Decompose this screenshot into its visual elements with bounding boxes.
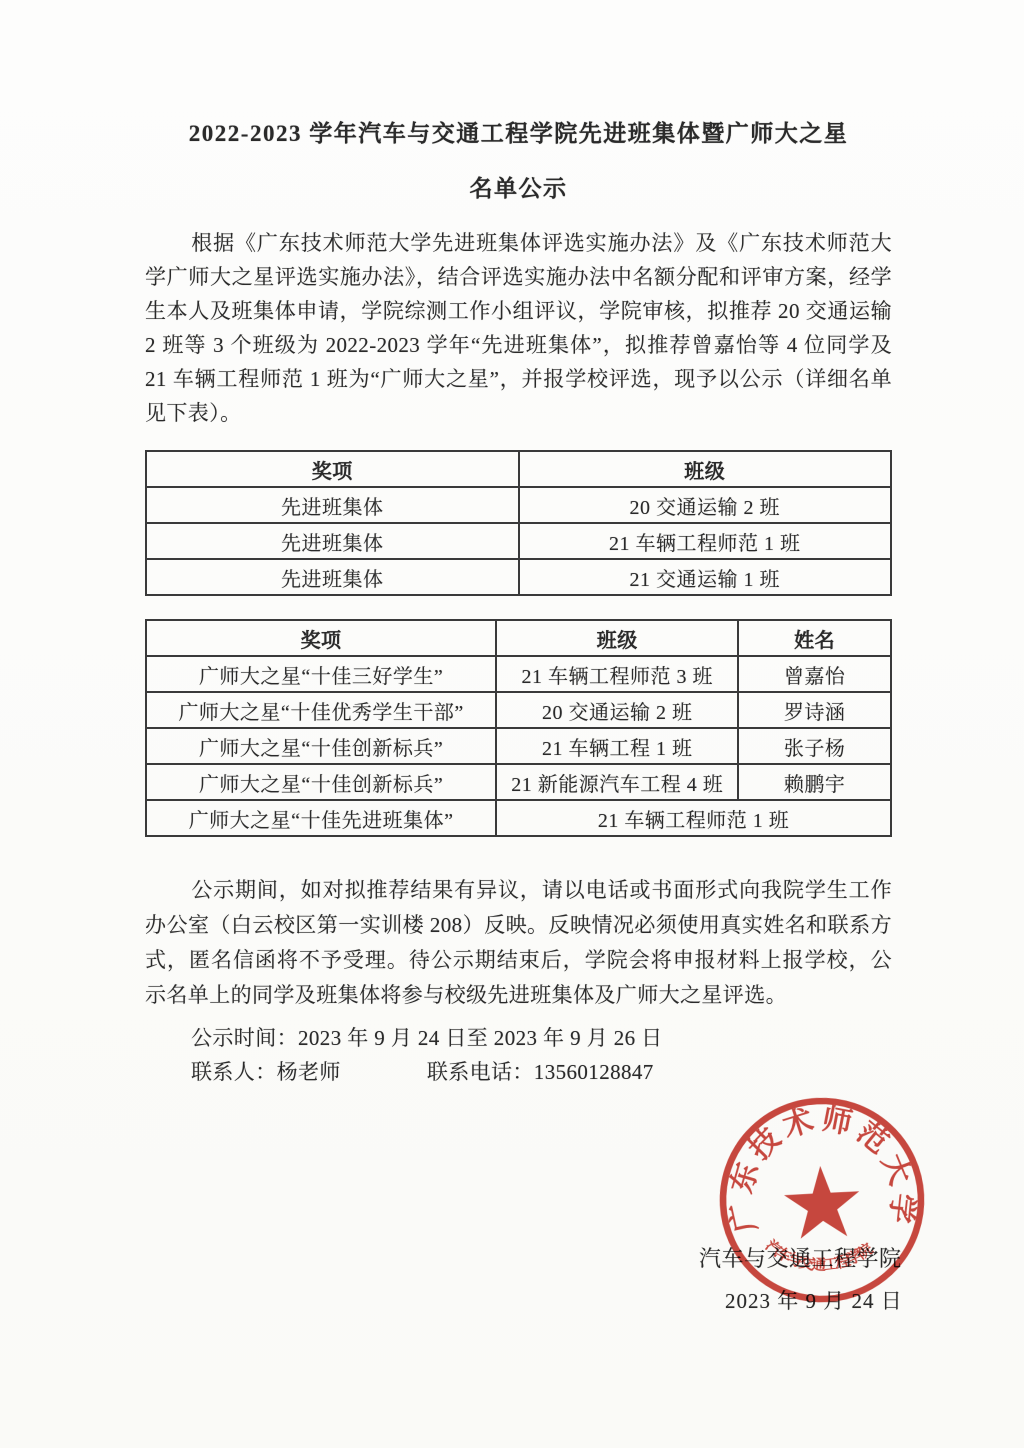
table-cell: 21 新能源汽车工程 4 班 bbox=[496, 764, 738, 800]
table-cell: 20 交通运输 2 班 bbox=[519, 487, 892, 523]
table-cell: 先进班集体 bbox=[146, 523, 519, 559]
table-cell: 罗诗涵 bbox=[738, 692, 891, 728]
table-row: 广师大之星“十佳三好学生”21 车辆工程师范 3 班曾嘉怡 bbox=[146, 656, 891, 692]
table-row: 先进班集体21 车辆工程师范 1 班 bbox=[146, 523, 891, 559]
contact-phone: 联系电话：13560128847 bbox=[427, 1060, 654, 1084]
table-cell: 先进班集体 bbox=[146, 559, 519, 595]
column-header-award: 奖项 bbox=[146, 620, 496, 656]
column-header-name: 姓名 bbox=[738, 620, 891, 656]
seal-star-icon bbox=[783, 1164, 862, 1239]
svg-text:汽车与交通工程学院: 汽车与交通工程学院 bbox=[761, 1231, 877, 1277]
table-cell: 21 车辆工程师范 1 班 bbox=[519, 523, 892, 559]
table-row: 广师大之星“十佳创新标兵”21 车辆工程 1 班张子杨 bbox=[146, 728, 891, 764]
table-cell: 广师大之星“十佳三好学生” bbox=[146, 656, 496, 692]
table-row-merged: 广师大之星“十佳先进班集体”21 车辆工程师范 1 班 bbox=[146, 800, 891, 836]
official-red-seal: 广东技术师范大学 汽车与交通工程学院 bbox=[706, 1084, 937, 1315]
scanned-announcement-page: 2022-2023 学年汽车与交通工程学院先进班集体暨广师大之星 名单公示 根据… bbox=[0, 0, 1024, 1448]
table-cell: 曾嘉怡 bbox=[738, 656, 891, 692]
table-cell: 21 交通运输 1 班 bbox=[519, 559, 892, 595]
document-content: 2022-2023 学年汽车与交通工程学院先进班集体暨广师大之星 名单公示 根据… bbox=[145, 0, 892, 1089]
document-title-line2: 名单公示 bbox=[145, 176, 892, 202]
document-title-line1: 2022-2023 学年汽车与交通工程学院先进班集体暨广师大之星 bbox=[145, 121, 892, 147]
contact-line: 联系人：杨老师联系电话：13560128847 bbox=[145, 1055, 892, 1089]
table-row: 先进班集体20 交通运输 2 班 bbox=[146, 487, 891, 523]
table-cell: 广师大之星“十佳先进班集体” bbox=[146, 800, 496, 836]
star-award-table-body: 广师大之星“十佳三好学生”21 车辆工程师范 3 班曾嘉怡广师大之星“十佳优秀学… bbox=[146, 656, 891, 836]
advanced-class-table: 奖项 班级 先进班集体20 交通运输 2 班先进班集体21 车辆工程师范 1 班… bbox=[145, 450, 892, 596]
column-header-class: 班级 bbox=[519, 451, 892, 487]
table-cell: 广师大之星“十佳优秀学生干部” bbox=[146, 692, 496, 728]
contact-person: 联系人：杨老师 bbox=[191, 1060, 341, 1084]
notice-period-line: 公示时间：2023 年 9 月 24 日至 2023 年 9 月 26 日 bbox=[145, 1021, 892, 1055]
table-header-row: 奖项 班级 bbox=[146, 451, 891, 487]
column-header-award: 奖项 bbox=[146, 451, 519, 487]
table-row: 先进班集体21 交通运输 1 班 bbox=[146, 559, 891, 595]
table-cell: 先进班集体 bbox=[146, 487, 519, 523]
table-header-row: 奖项 班级 姓名 bbox=[146, 620, 891, 656]
table-cell: 20 交通运输 2 班 bbox=[496, 692, 738, 728]
closing-paragraph: 公示期间，如对拟推荐结果有异议，请以电话或书面形式向我院学生工作办公室（白云校区… bbox=[145, 873, 892, 1013]
star-award-table: 奖项 班级 姓名 广师大之星“十佳三好学生”21 车辆工程师范 3 班曾嘉怡广师… bbox=[145, 619, 892, 837]
table-row: 广师大之星“十佳优秀学生干部”20 交通运输 2 班罗诗涵 bbox=[146, 692, 891, 728]
table-row: 广师大之星“十佳创新标兵”21 新能源汽车工程 4 班赖鹏宇 bbox=[146, 764, 891, 800]
table-cell: 广师大之星“十佳创新标兵” bbox=[146, 728, 496, 764]
table-cell: 21 车辆工程 1 班 bbox=[496, 728, 738, 764]
seal-college-text: 汽车与交通工程学院 bbox=[761, 1231, 877, 1277]
table-cell: 赖鹏宇 bbox=[738, 764, 891, 800]
table-cell: 21 车辆工程师范 1 班 bbox=[496, 800, 891, 836]
table-cell: 广师大之星“十佳创新标兵” bbox=[146, 764, 496, 800]
advanced-class-table-body: 先进班集体20 交通运输 2 班先进班集体21 车辆工程师范 1 班先进班集体2… bbox=[146, 487, 891, 595]
table-cell: 张子杨 bbox=[738, 728, 891, 764]
table-cell: 21 车辆工程师范 3 班 bbox=[496, 656, 738, 692]
intro-paragraph: 根据《广东技术师范大学先进班集体评选实施办法》及《广东技术师范大学广师大之星评选… bbox=[145, 226, 892, 430]
column-header-class: 班级 bbox=[496, 620, 738, 656]
